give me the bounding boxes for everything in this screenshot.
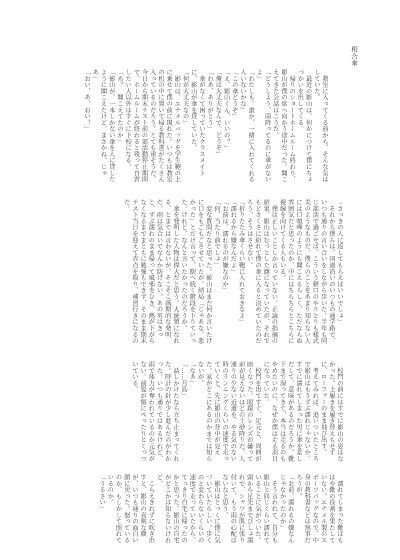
story-paragraph: 傘がなくて困っていたクラスメイトに、影山が傘を貸していた。: [189, 69, 205, 185]
story-paragraph: 「この傘どうぞ」: [230, 69, 238, 185]
story-paragraph: 「なあ」: [187, 361, 195, 468]
story-paragraph: それから僕らは、国道沿いのいつもの通学路で、いつも通りの言い合いをしながら歩いた…: [277, 199, 334, 347]
story-paragraph: 影山はとっくに僕に気づいていたらしい。歩くのと変わらないくらいの速度で走っていた…: [154, 474, 220, 545]
story-paragraph: 「おい、あ、おい！」: [82, 69, 90, 185]
text-band-3: 校門の前にはすでに影山の姿はなかった。上履きを履き替えもせずに、ローファーのまま…: [90, 361, 343, 468]
story-paragraph: こらえきれずに吹き出すと、影山の真剣な顔が、いつも通りの面白い顔に戻った。怒って…: [105, 474, 154, 545]
story-paragraph: 「濡れるから嫌なんだよ」: [228, 199, 236, 347]
scanned-story-page: 相合傘 教室に入ってくる前から、そんな気はしていた。 最近の影山は、何かにつけて…: [0, 0, 400, 560]
story-paragraph: 最近の影山は、何かにつけて僕にちょっかいを出してくる。: [295, 69, 311, 185]
story-paragraph: 傘を発明した人物は偉大だと思う。大統領になれる、とまでは言わないが、そこそこ画期…: [122, 199, 179, 347]
text-band-2: 「さっきの人に返してもらえばいいでしょ」 それから僕らは、国道沿いのいつもの通学…: [90, 199, 343, 347]
page-title: 相合傘: [349, 46, 358, 67]
story-paragraph: 「わあ、ありがとう」: [205, 69, 213, 185]
story-paragraph: 「お前は、濡れるのが嫌なのか」: [220, 199, 228, 347]
story-paragraph: 帰りのショートホームルーム終わり、影山が僕の席へ向かう途中だった。聞こえてきた会…: [271, 69, 296, 185]
story-paragraph: 「……月島」: [179, 361, 187, 468]
story-paragraph: 「何、当たり前でしょ」: [212, 199, 220, 347]
story-paragraph: 校門の前にはすでに影山の姿はなかった。上履きを履き替えもせずに、ローファーのまま…: [318, 361, 343, 468]
story-paragraph: 考えてみれば、追いついたところで影山はもうずぶ濡れじゃないか。すでに濡れてしまっ…: [261, 361, 318, 468]
story-paragraph: 僕は正しいことしか言っていない。正論の指摘の結果、影山はむっとした顔になっていた…: [245, 199, 278, 347]
story-paragraph: 「うるさい」: [97, 474, 105, 545]
story-paragraph: 「お前、濡れるの嫌なんじゃなかったのか」: [277, 474, 293, 545]
story-paragraph: そう言われて、自分も影山と同じくらい濡れていることに気がついた。頭から足先までび…: [220, 474, 277, 545]
text-band-1: 教室に入ってくる前から、そんな気はしていた。 最近の影山は、何かにつけて僕にちょ…: [60, 69, 328, 185]
story-paragraph: 「え、影山くん、いいの？」: [221, 69, 229, 185]
story-paragraph: 「どうしよう、雨降ってるのに傘がないよ」: [254, 69, 270, 185]
story-paragraph: 「影山が、一本しかない傘を人に貸したように聞こえたけど。まさかね。じゃあ」: [90, 69, 115, 185]
story-paragraph: 変な質問だなと思った。影山はまだ何か言いたげに口をもごもごさせていたが、結局「じ…: [179, 199, 212, 347]
story-paragraph: 影山は、エナメルバッグを学生鞄の上に乗せて僕の前に現れた。いつもは教室の机の中に…: [123, 69, 180, 185]
story-paragraph: 話しかけたなら立ち止まってくれた。時計の針が少し進んだのがわかった。いつも通りで…: [130, 361, 179, 468]
story-paragraph: 「わたしも。誰か、一緒に入れてくれる人いないかな」: [238, 69, 254, 185]
story-paragraph: 「俺は大丈夫なんで。どうぞ」: [213, 69, 221, 185]
story-paragraph: 「あ？ 聞こえてたのか」: [115, 69, 123, 185]
story-paragraph: 教室に入ってくる前から、そんな気はしていた。: [312, 69, 328, 185]
story-paragraph: 「何が大丈夫なの」: [180, 69, 188, 185]
story-paragraph: 濡れてしまった靴はもはや靴の役割を果たしていない。エナメル製のスポーツバッグなの…: [294, 474, 343, 545]
story-paragraph: 「折りたたみ傘くらい鞄に入れておきなよ」: [236, 199, 244, 347]
text-band-4: 濡れてしまった靴はもはや靴の役割を果たしていない。エナメル製のスポーツバッグなの…: [96, 474, 343, 545]
story-paragraph: 校門を出てすぐ、足元と、周囲が暗くなった。眼鏡のレンズが曇って前が見えないほどの…: [195, 361, 261, 468]
story-paragraph: 「さっきの人に返してもらえばいいでしょ」: [335, 199, 343, 347]
